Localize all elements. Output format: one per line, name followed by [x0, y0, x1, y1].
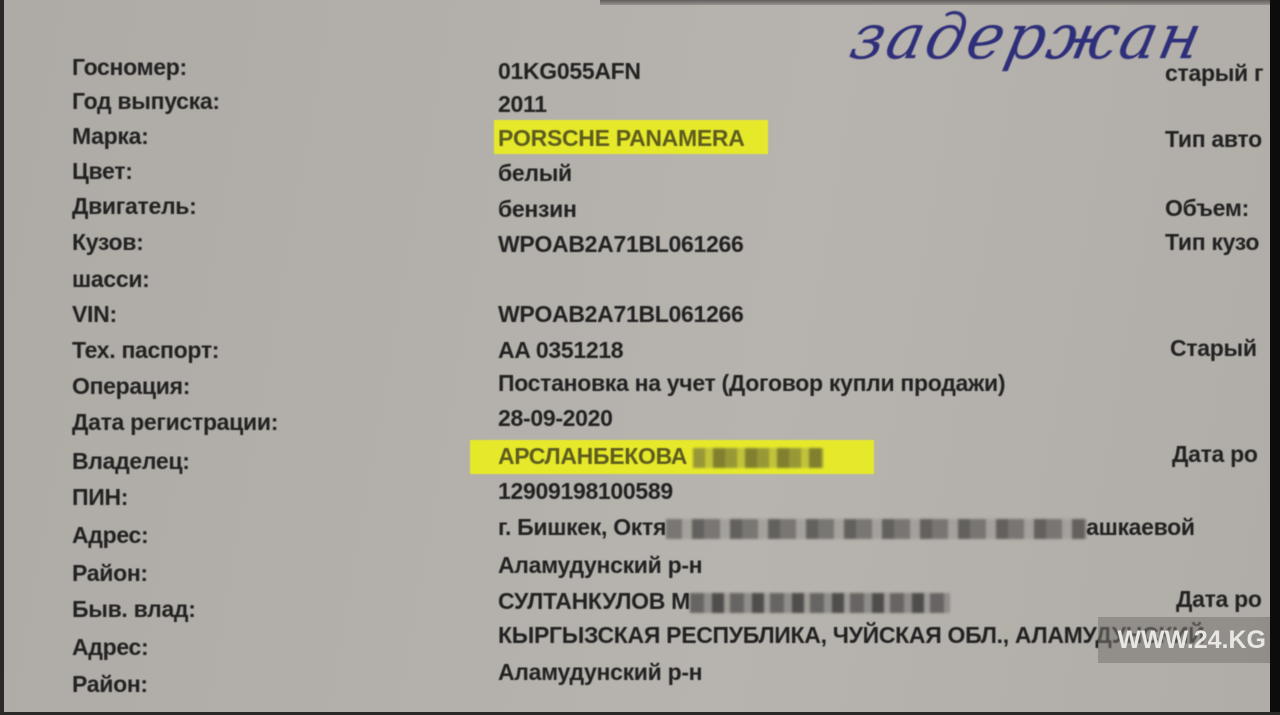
right-label-birth-date-former: Дата ро [1176, 586, 1262, 613]
value-engine: бензин [498, 196, 577, 223]
value-registration-date: 28-09-2020 [498, 405, 613, 432]
value-color: белый [498, 160, 572, 187]
label-tech-passport: Тех. паспорт: [72, 337, 219, 364]
frame-border-right [1270, 0, 1280, 715]
label-operation: Операция: [72, 373, 190, 400]
right-label-body-type: Тип кузо [1165, 229, 1259, 256]
right-label-birth-date: Дата ро [1172, 441, 1258, 468]
value-tech-passport: AA 0351218 [498, 337, 623, 364]
watermark: WWW.24.KG [1098, 617, 1270, 663]
label-chassis: шасси: [72, 266, 150, 293]
value-owner: АРСЛАНБЕКОВА [498, 443, 823, 470]
right-label-old-plate: старый г [1165, 60, 1263, 87]
frame-border-left [0, 0, 4, 715]
label-plate: Госномер: [72, 54, 187, 81]
value-vin: WPOAB2A71BL061266 [498, 301, 743, 328]
label-year: Год выпуска: [72, 88, 220, 115]
handwritten-note: задержан [844, 0, 1210, 73]
label-make: Марка: [72, 123, 148, 150]
redacted-owner-name [693, 448, 823, 468]
redacted-address [666, 519, 1086, 539]
label-district: Район: [72, 560, 148, 587]
label-registration-date: Дата регистрации: [72, 409, 278, 436]
label-engine: Двигатель: [72, 193, 197, 220]
address-start: г. Бишкек, Октя [498, 514, 666, 540]
label-pin: ПИН: [72, 484, 128, 511]
value-body: WPOAB2A71BL061266 [498, 231, 743, 258]
address-end: ашкаевой [1086, 514, 1195, 540]
label-vin: VIN: [72, 301, 117, 328]
label-address: Адрес: [72, 522, 148, 549]
label-body: Кузов: [72, 229, 143, 256]
owner-surname: АРСЛАНБЕКОВА [498, 443, 687, 469]
right-label-old: Старый [1170, 335, 1257, 362]
value-plate: 01KG055AFN [498, 58, 641, 85]
right-label-vehicle-type: Тип авто [1165, 126, 1262, 153]
former-owner-surname: СУЛТАНКУЛОВ М [498, 588, 690, 614]
label-color: Цвет: [72, 158, 133, 185]
value-year: 2011 [498, 91, 547, 118]
label-former-address: Адрес: [72, 634, 148, 661]
value-operation: Постановка на учет (Договор купли продаж… [498, 370, 1005, 397]
value-former-owner: СУЛТАНКУЛОВ М [498, 588, 950, 615]
value-former-district: Аламудунский р-н [498, 659, 702, 686]
label-former-district: Район: [72, 671, 148, 698]
label-former-owner: Быв. влад: [72, 596, 196, 623]
label-owner: Владелец: [72, 448, 190, 475]
value-make: PORSCHE PANAMERA [498, 125, 745, 152]
redacted-former-owner-name [690, 593, 950, 613]
value-address: г. Бишкек, Октяашкаевой [498, 514, 1195, 541]
right-label-volume: Объем: [1165, 195, 1249, 222]
value-pin: 12909198100589 [498, 478, 673, 505]
value-district: Аламудунский р-н [498, 552, 702, 579]
